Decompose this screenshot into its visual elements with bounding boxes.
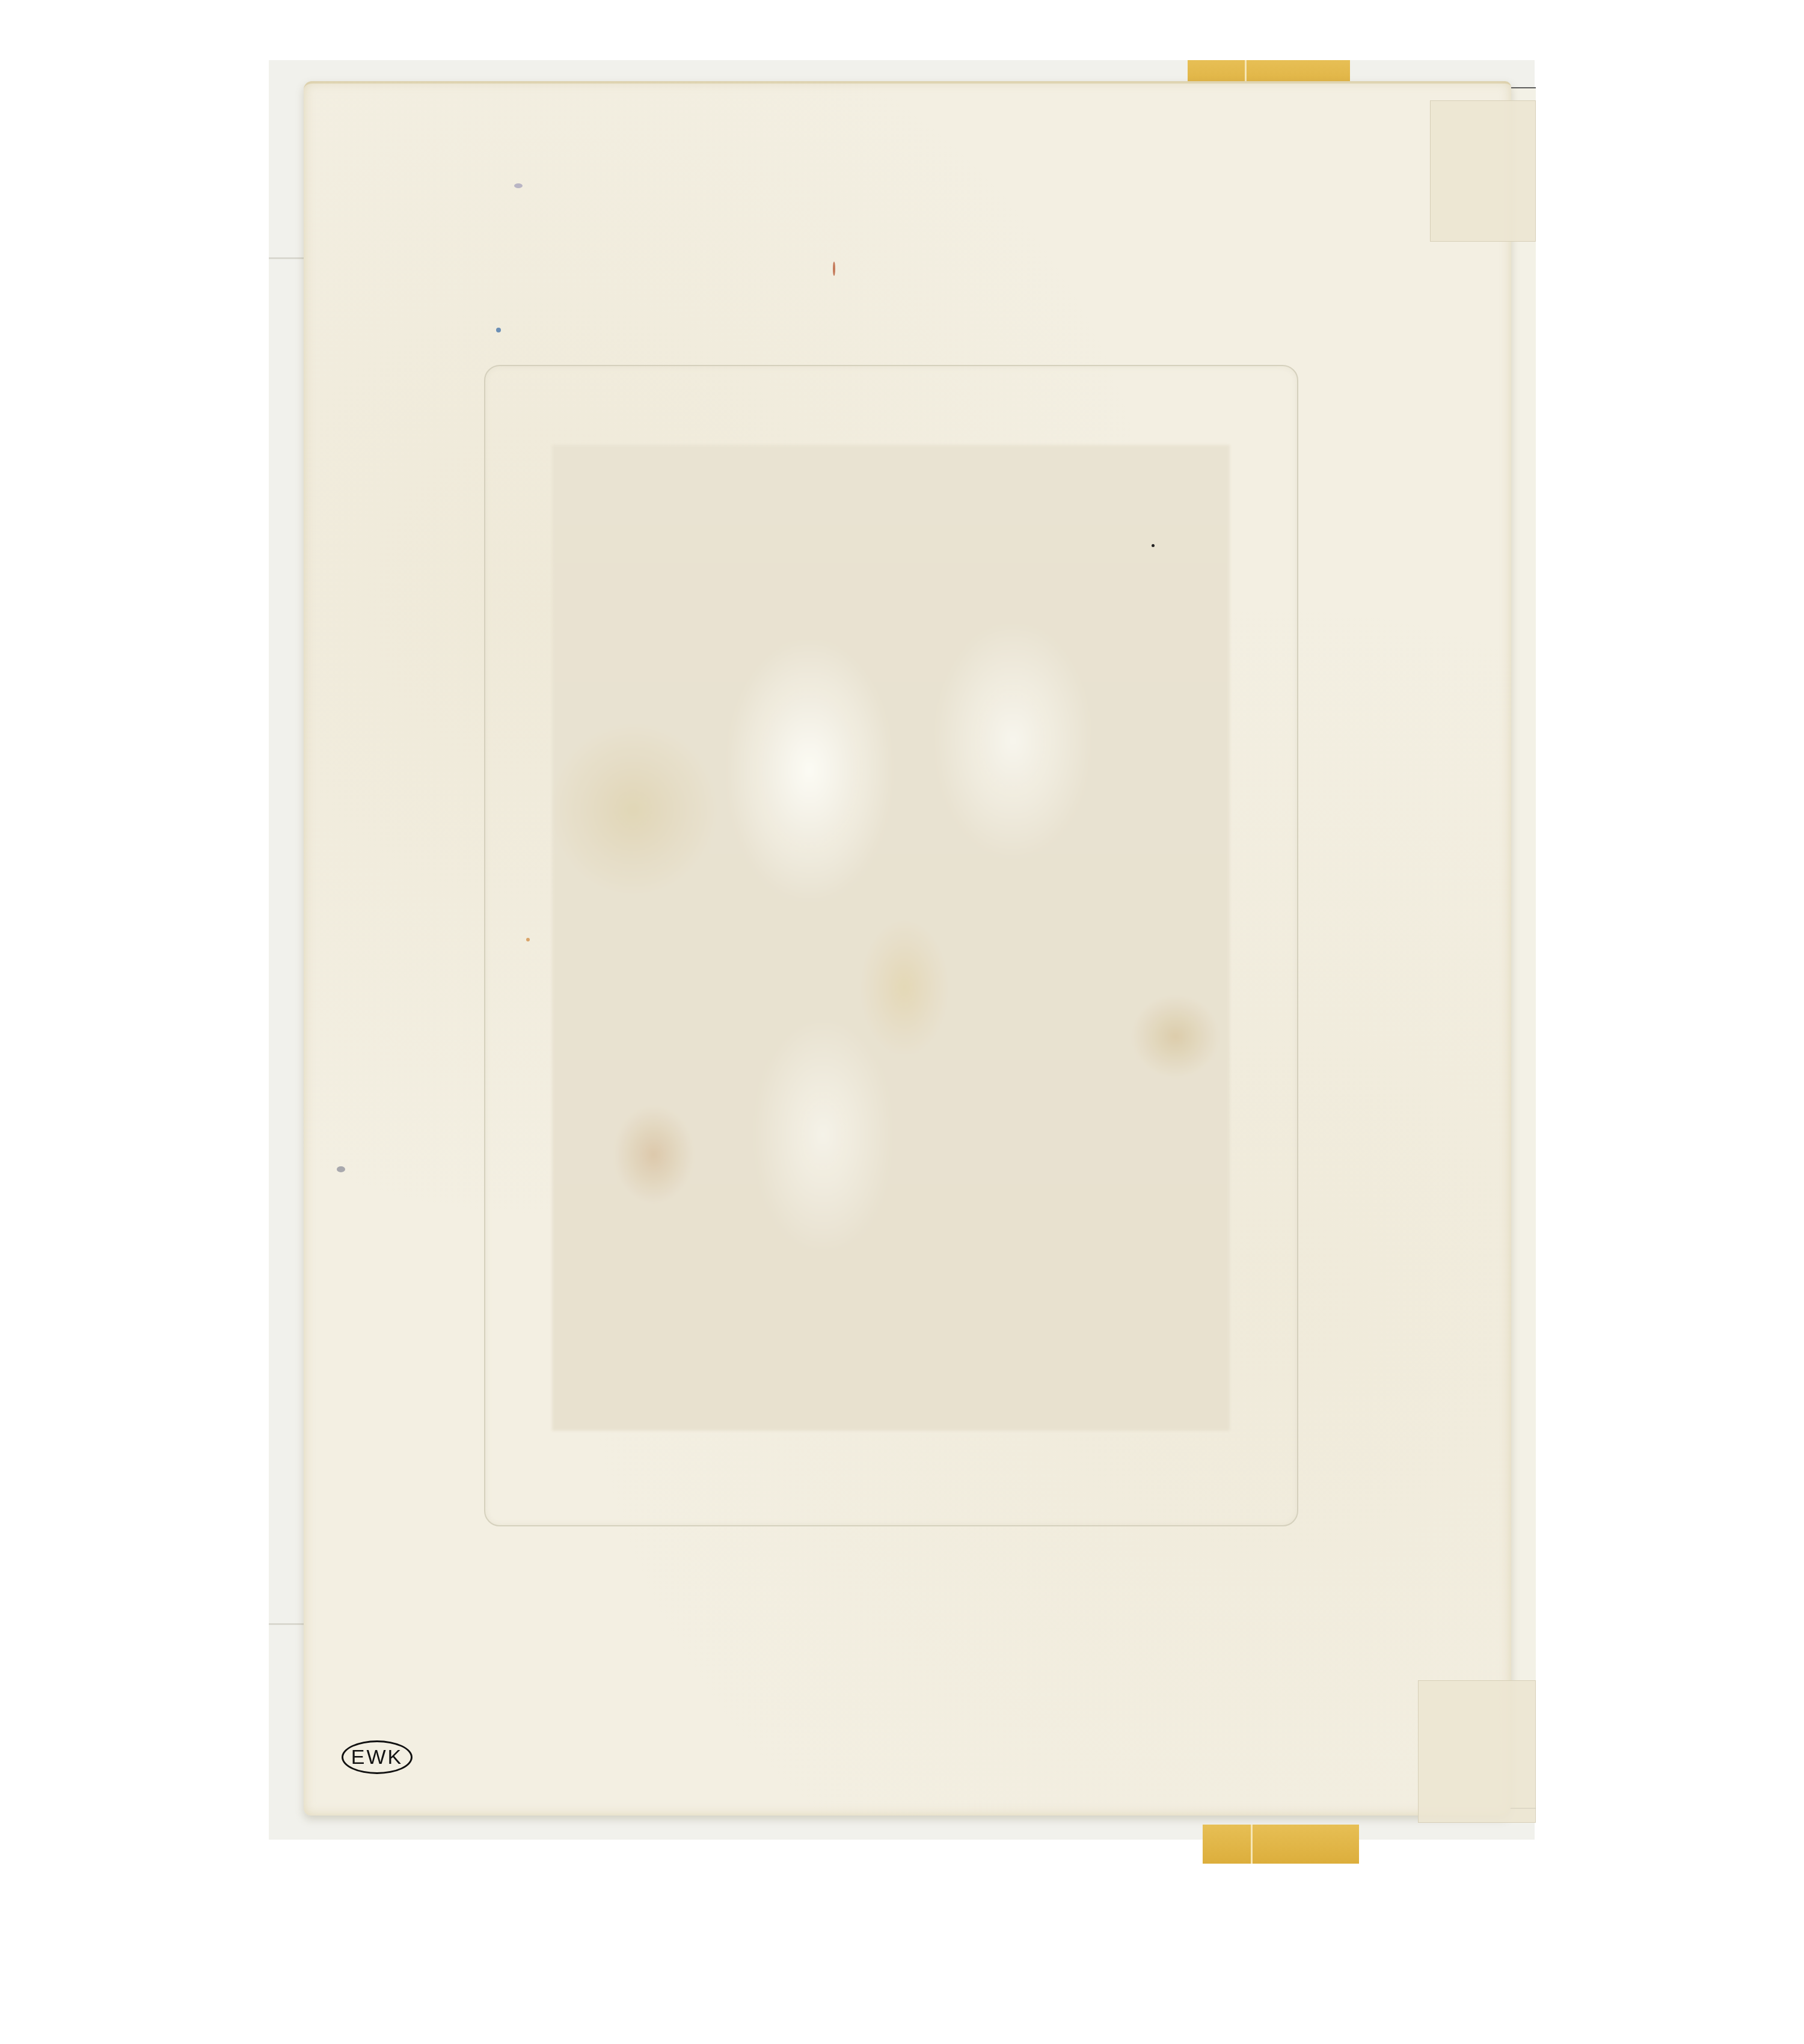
top-right-hinge [1430,100,1536,242]
bottom-yellow-tape [1203,1825,1359,1864]
paper-fleck [337,1166,345,1172]
paper-fleck [833,262,835,276]
bottom-right-hinge [1418,1680,1536,1823]
collector-stamp: EWK [342,1740,413,1774]
print-paper-verso [304,81,1511,1816]
tape-split-line [1251,1825,1253,1864]
mount-left-line-bottom [269,1623,305,1625]
deckle-edge [304,81,1511,90]
image-bleed-through [552,445,1230,1431]
paper-fleck [514,183,523,188]
paper-fleck [526,938,530,941]
paper-fleck [496,328,501,332]
mount-left-line-top [269,257,305,259]
paper-fleck [1152,544,1155,547]
